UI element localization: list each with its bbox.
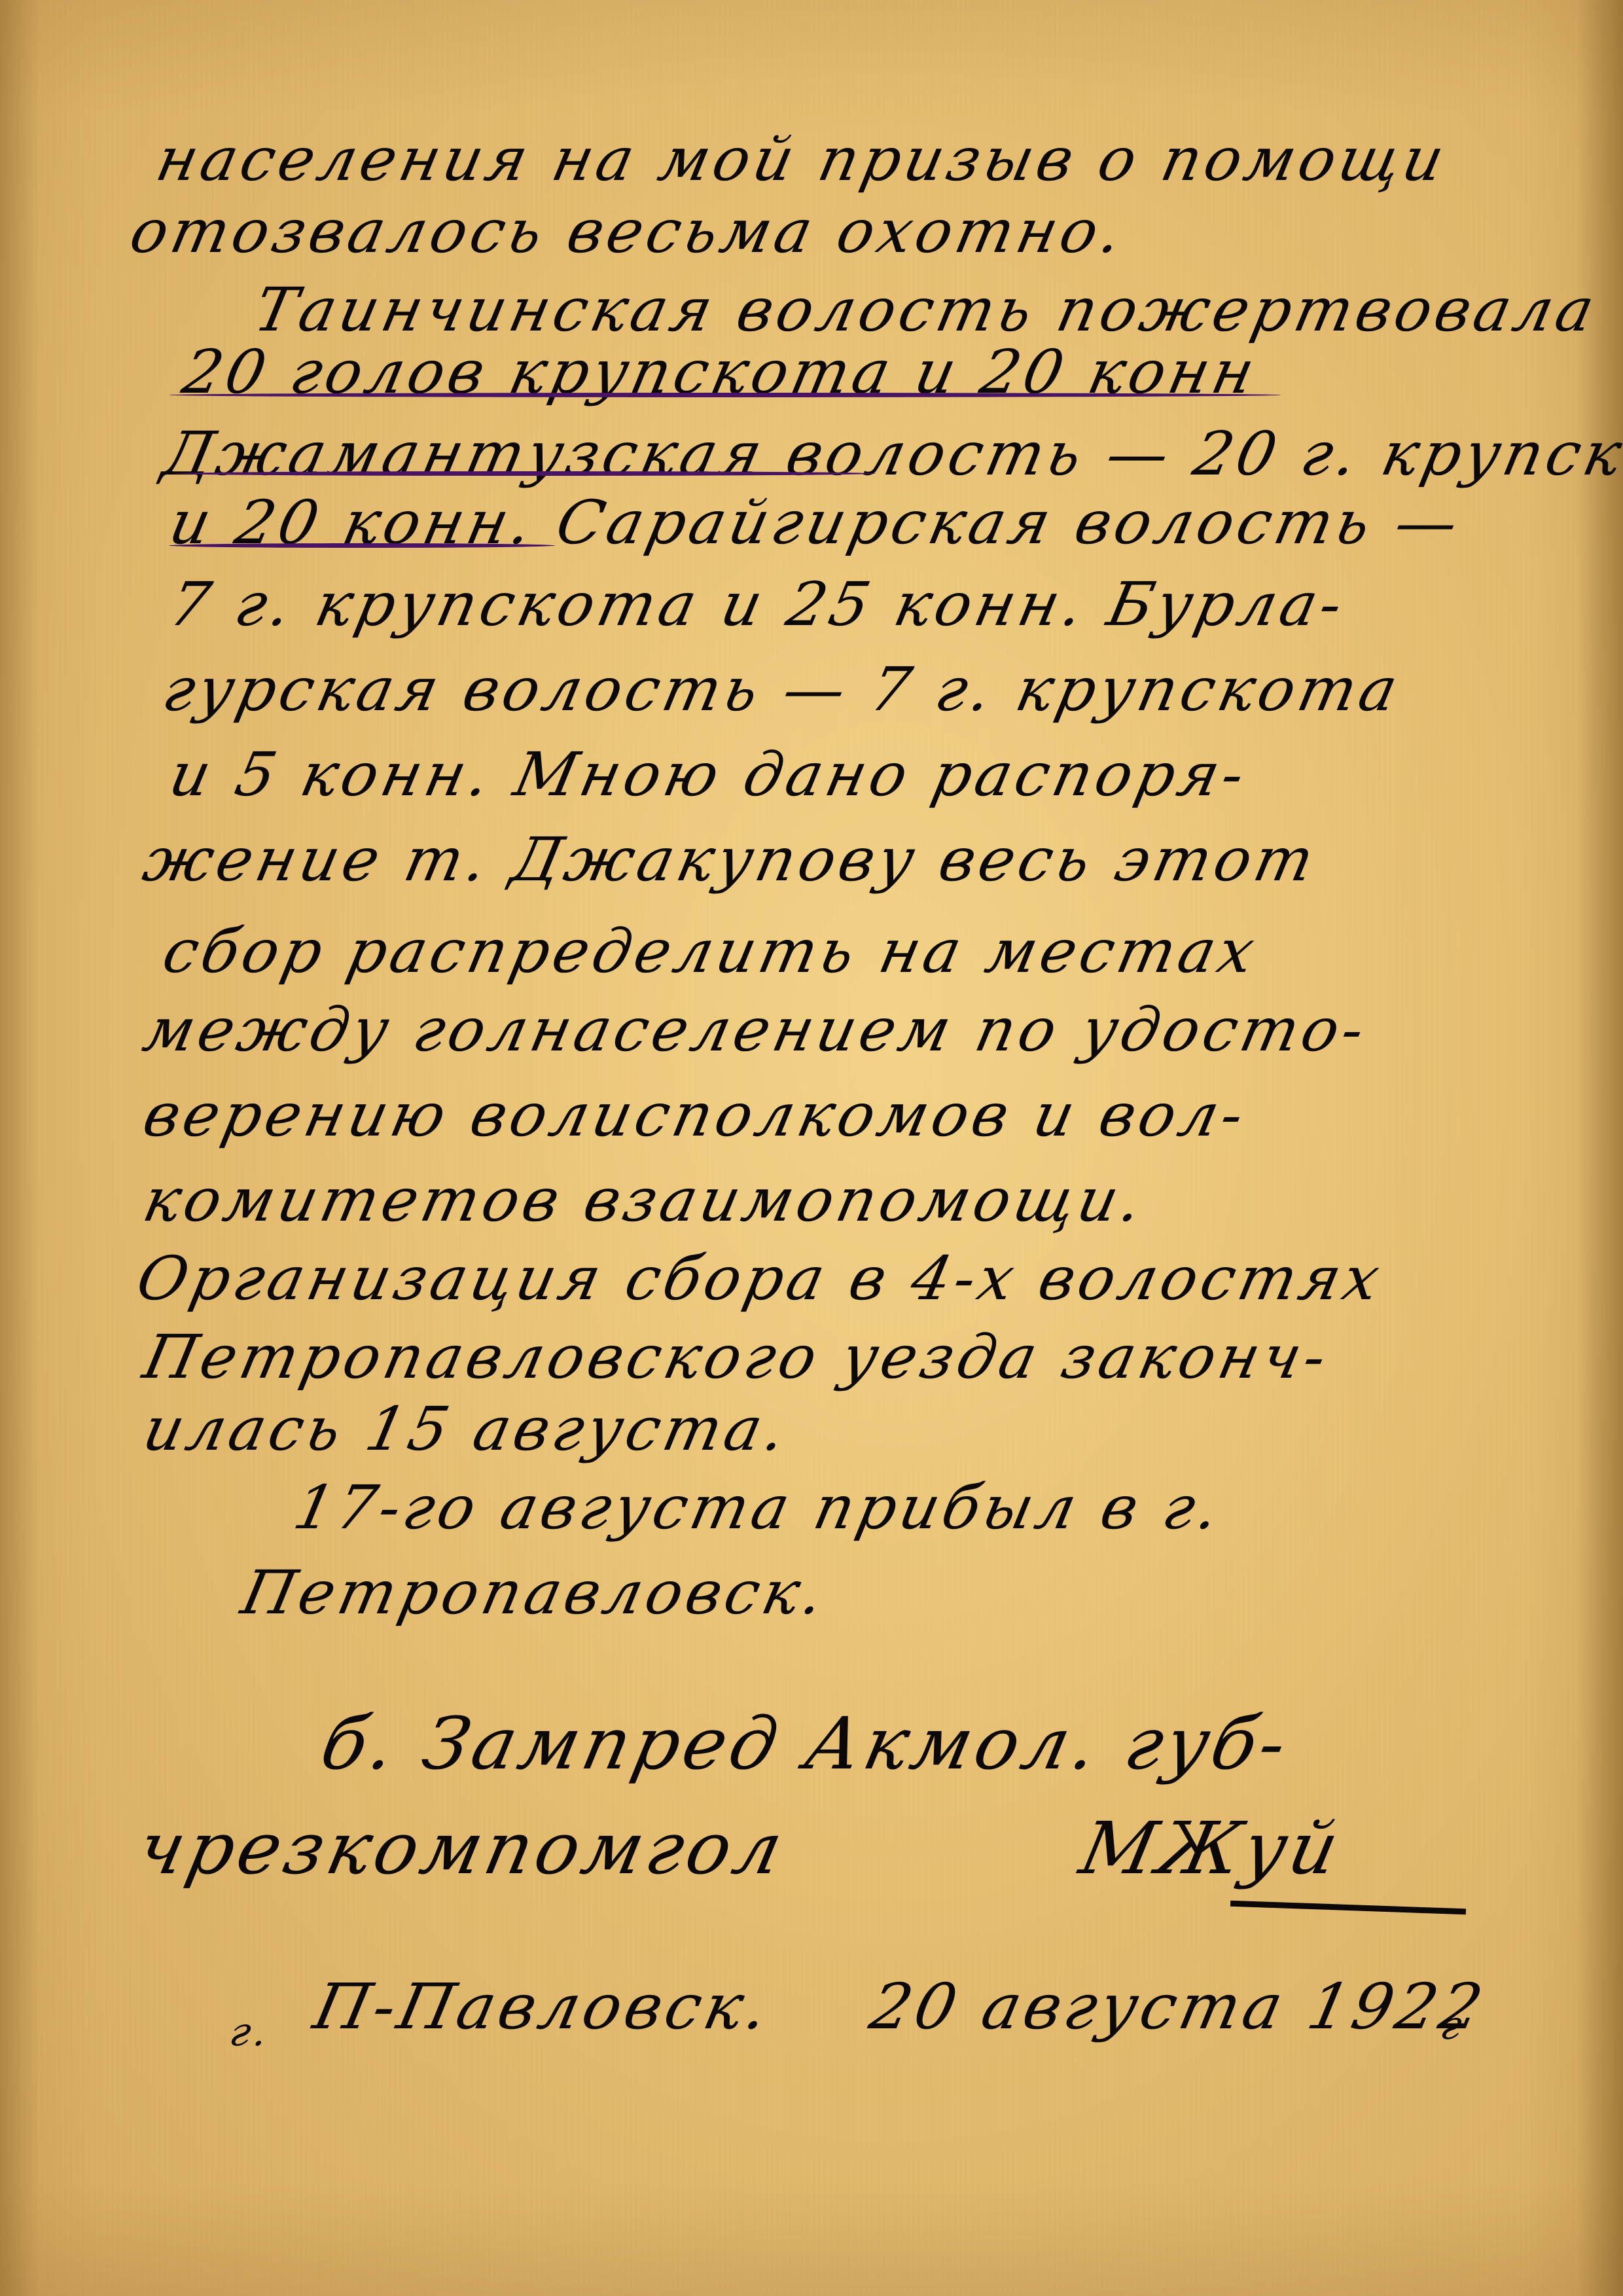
body-line-13: верению волисполкомов и вол- xyxy=(137,1080,1254,1150)
body-line-15: Организация сбора в 4-х волостях xyxy=(131,1244,1389,1314)
body-line-2: отозвалось весьма охотно. xyxy=(124,196,1132,266)
body-line-11: сбор распределить на местах xyxy=(157,916,1264,986)
body-line-17: илась 15 августа. xyxy=(137,1394,796,1464)
body-line-18: 17-го августа прибыл в г. xyxy=(288,1473,1229,1543)
purple-underline-1 xyxy=(169,393,1281,397)
body-line-8: гурская волость — 7 г. крупскота xyxy=(157,655,1407,725)
body-line-3: Таинчинская волость пожертвовала xyxy=(249,275,1604,345)
body-line-7: 7 г. крупскота и 25 конн. Бурла- xyxy=(164,569,1352,639)
place-name: П-Павловск. xyxy=(308,1970,778,2043)
signatory-title-line-1: б. Зампред Акмол. губ- xyxy=(314,1702,1298,1785)
body-line-9: и 5 конн. Мною дано распоря- xyxy=(164,740,1255,810)
left-edge-shadow xyxy=(0,0,39,2296)
body-line-14: комитетов взаимопомощи. xyxy=(137,1165,1152,1235)
body-line-19: Петропавловск. xyxy=(236,1558,834,1628)
purple-underline-2 xyxy=(175,471,876,476)
body-line-1: населения на мой призыв о помощи xyxy=(151,124,1454,194)
body-line-16: Петропавловского уезда законч- xyxy=(137,1322,1336,1392)
purple-underline-3 xyxy=(169,543,555,548)
signatory-title-line-2: чрезкомпомгол xyxy=(131,1806,793,1890)
body-line-10: жение т. Джакупову весь этот xyxy=(137,825,1324,895)
handwritten-signature: МЖуй xyxy=(1073,1806,1349,1890)
body-line-5: Джамантузская волость — 20 г. крупскота xyxy=(157,419,1623,489)
body-line-12: между голнаселением по удосто- xyxy=(137,995,1374,1065)
letter-date: 20 августа 1922 xyxy=(864,1970,1493,2043)
